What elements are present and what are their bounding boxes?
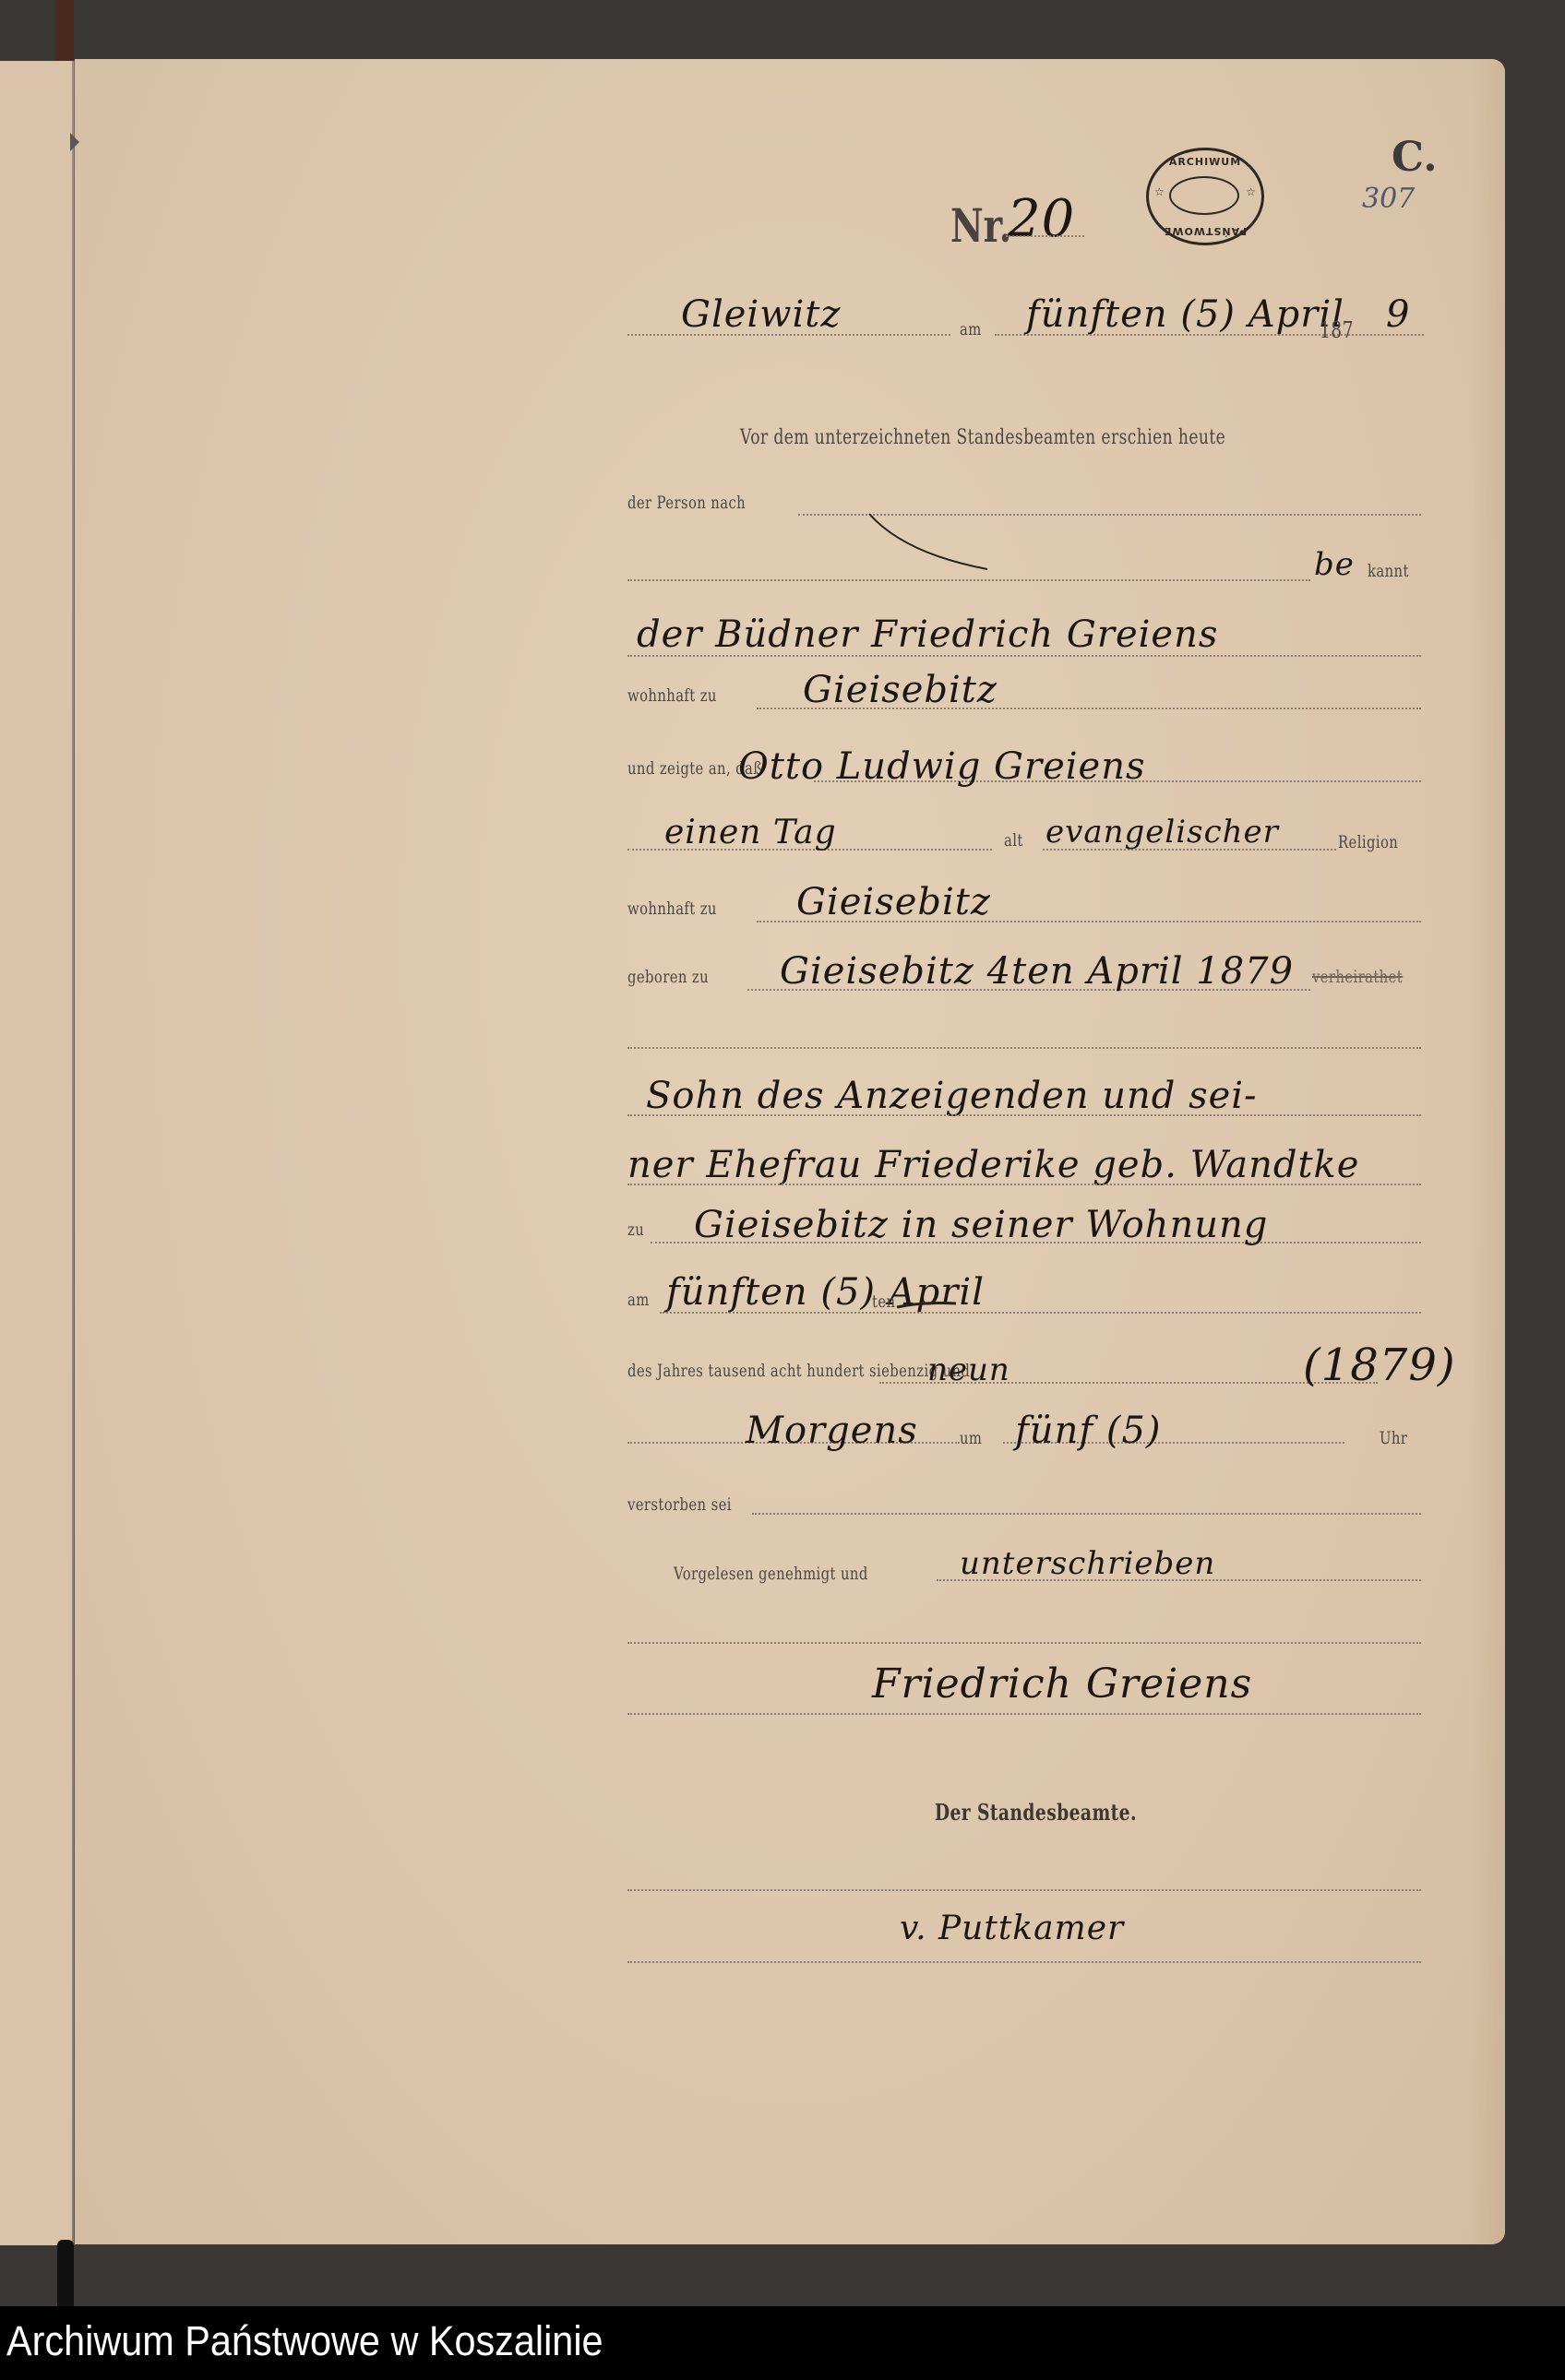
stamp-bottom-text: PAŃSTWOWE — [1149, 225, 1261, 237]
dash-stroke — [867, 512, 997, 577]
registrar-line-top — [627, 1889, 1421, 1891]
relation-line-1-rule — [627, 1114, 1421, 1116]
informant-signature: Friedrich Greiens — [872, 1660, 1252, 1708]
relation-line-2: ner Ehefrau Friederike geb. Wandtke — [627, 1144, 1359, 1186]
blank-line — [627, 1047, 1421, 1049]
record-number-label: Nr. — [950, 198, 1011, 253]
religion-label: Religion — [1338, 832, 1398, 852]
place-line — [627, 334, 950, 336]
informant-residence: Gieisebitz — [803, 669, 998, 711]
place-of-death-label: zu — [627, 1220, 644, 1240]
known-prefix-handwritten: be — [1314, 546, 1355, 583]
married-label-struck: verheirathet — [1312, 967, 1403, 987]
star-icon: ☆ — [1246, 185, 1256, 198]
hour-handwritten: fünf (5) — [1015, 1410, 1162, 1452]
death-date-suffix: ten — [872, 1291, 895, 1312]
archive-stamp: ARCHIWUM ☆ ☆ PAŃSTWOWE — [1146, 148, 1264, 245]
registrar-signature: v. Puttkamer — [900, 1910, 1124, 1947]
binding-fold — [72, 61, 75, 2245]
star-icon: ☆ — [1154, 185, 1165, 198]
year-numeric-handwritten: (1879) — [1303, 1339, 1456, 1391]
year-sentence-label: des Jahres tausend acht hundert siebenzi… — [627, 1361, 970, 1381]
date-label: am — [960, 319, 982, 339]
relation-line-2-rule — [627, 1184, 1421, 1185]
stamp-top-text: ARCHIWUM — [1149, 156, 1261, 168]
year-handwritten-digit: 9 — [1386, 293, 1410, 336]
deceased-residence: Gieisebitz — [796, 881, 991, 923]
intro-text: Vor dem unterzeichneten Standesbeamten e… — [740, 426, 1225, 449]
born-label: geboren zu — [627, 967, 709, 987]
binding-bottom — [57, 2240, 74, 2306]
page-number-mark: 307 — [1362, 183, 1415, 215]
age-handwritten: einen Tag — [664, 814, 837, 851]
read-handwritten: unterschrieben — [960, 1545, 1215, 1582]
time-label: um — [960, 1428, 982, 1448]
religion-handwritten: evangelischer — [1045, 814, 1279, 851]
read-label: Vorgelesen genehmigt und — [674, 1564, 868, 1584]
registrar-heading: Der Standesbeamte. — [935, 1799, 1137, 1826]
record-number: 20 — [1008, 189, 1075, 249]
signature-line-top — [627, 1642, 1421, 1644]
deceased-name: Otto Ludwig Greiens — [738, 745, 1146, 788]
known-label: kannt — [1368, 561, 1409, 581]
date-handwritten: fünften (5) April — [1026, 293, 1344, 336]
place-handwritten: Gleiwitz — [681, 293, 841, 336]
dash-stroke — [895, 1296, 960, 1315]
book-spine — [55, 0, 74, 61]
registrar-line-bottom — [627, 1961, 1421, 1963]
informant-name: der Büdner Friedrich Greiens — [637, 613, 1218, 656]
year-printed: 187 — [1320, 317, 1354, 343]
stamp-inner-oval — [1169, 176, 1239, 215]
record-number-line — [1006, 235, 1084, 237]
collection-letter: C. — [1392, 134, 1438, 181]
died-label: verstorben sei — [627, 1494, 732, 1515]
time-of-day-handwritten: Morgens — [746, 1410, 918, 1452]
paper-shading — [1468, 59, 1505, 2244]
death-date-label: am — [627, 1290, 650, 1310]
residence-label: wohnhaft zu — [627, 685, 717, 706]
left-page-edge — [0, 61, 74, 2245]
known-line — [627, 579, 1310, 581]
relation-line-1: Sohn des Anzeigenden und sei- — [646, 1075, 1258, 1117]
year-word-handwritten: neun — [927, 1351, 1010, 1388]
person-label: der Person nach — [627, 493, 746, 513]
deceased-residence-label: wohnhaft zu — [627, 898, 717, 919]
signature-line-bottom — [627, 1713, 1421, 1715]
hour-label: Uhr — [1380, 1428, 1407, 1448]
informant-line — [627, 655, 1421, 657]
archive-caption: Archiwum Państwowe w Koszalinie — [6, 2317, 603, 2365]
born-handwritten: Gieisebitz 4ten April 1879 — [780, 950, 1294, 993]
died-line — [752, 1513, 1421, 1515]
age-label: alt — [1004, 830, 1023, 851]
place-of-death: Gieisebitz in seiner Wohnung — [694, 1204, 1268, 1246]
